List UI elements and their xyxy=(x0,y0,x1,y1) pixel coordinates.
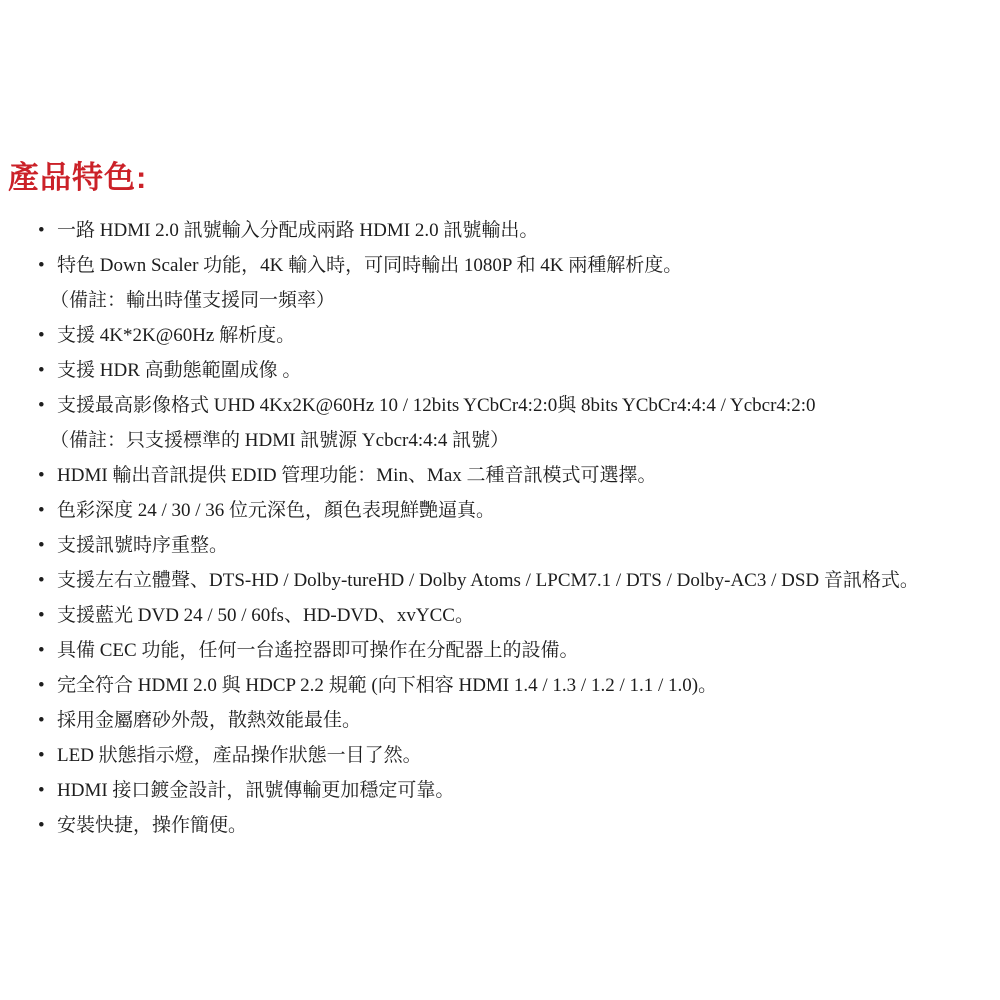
feature-item: •色彩深度 24 / 30 / 36 位元深色，顏色表現鮮艷逼真。 xyxy=(0,493,1000,528)
feature-item: •支援訊號時序重整。 xyxy=(0,528,1000,563)
feature-text: 採用金屬磨砂外殼，散熱效能最佳。 xyxy=(57,710,361,731)
feature-text: 完全符合 HDMI 2.0 與 HDCP 2.2 規範 (向下相容 HDMI 1… xyxy=(57,675,717,696)
bullet-icon: • xyxy=(38,248,52,283)
feature-text: 支援藍光 DVD 24 / 50 / 60fs、HD-DVD、xvYCC。 xyxy=(57,605,474,626)
bullet-icon: • xyxy=(38,528,52,563)
feature-item: •支援藍光 DVD 24 / 50 / 60fs、HD-DVD、xvYCC。 xyxy=(0,598,1000,633)
feature-item: •支援左右立體聲、DTS-HD / Dolby-tureHD / Dolby A… xyxy=(0,563,1000,598)
bullet-icon: • xyxy=(38,213,52,248)
product-features-page: 產品特色: •一路 HDMI 2.0 訊號輸入分配成兩路 HDMI 2.0 訊號… xyxy=(0,0,1000,1000)
feature-item: •支援 4K*2K@60Hz 解析度。 xyxy=(0,318,1000,353)
bullet-icon: • xyxy=(38,808,52,843)
feature-text: 一路 HDMI 2.0 訊號輸入分配成兩路 HDMI 2.0 訊號輸出。 xyxy=(57,220,538,241)
feature-text: （備註：只支援標準的 HDMI 訊號源 Ycbcr4:4:4 訊號） xyxy=(50,430,509,451)
bullet-icon: • xyxy=(38,563,52,598)
bullet-icon: • xyxy=(38,318,52,353)
feature-text: 特色 Down Scaler 功能，4K 輸入時，可同時輸出 1080P 和 4… xyxy=(57,255,682,276)
bullet-icon: • xyxy=(38,703,52,738)
bullet-icon: • xyxy=(38,773,52,808)
feature-note: （備註：輸出時僅支援同一頻率） xyxy=(0,283,1000,318)
feature-list: •一路 HDMI 2.0 訊號輸入分配成兩路 HDMI 2.0 訊號輸出。•特色… xyxy=(0,213,1000,843)
feature-text: 支援最高影像格式 UHD 4Kx2K@60Hz 10 / 12bits YCbC… xyxy=(57,395,815,416)
feature-note: （備註：只支援標準的 HDMI 訊號源 Ycbcr4:4:4 訊號） xyxy=(0,423,1000,458)
feature-item: •LED 狀態指示燈，產品操作狀態一目了然。 xyxy=(0,738,1000,773)
feature-text: 支援訊號時序重整。 xyxy=(57,535,228,556)
feature-text: 支援 4K*2K@60Hz 解析度。 xyxy=(57,325,295,346)
feature-item: •採用金屬磨砂外殼，散熱效能最佳。 xyxy=(0,703,1000,738)
feature-item: •安裝快捷，操作簡便。 xyxy=(0,808,1000,843)
feature-text: HDMI 接口鍍金設計，訊號傳輸更加穩定可靠。 xyxy=(57,780,454,801)
feature-item: •支援最高影像格式 UHD 4Kx2K@60Hz 10 / 12bits YCb… xyxy=(0,388,1000,423)
feature-text: 色彩深度 24 / 30 / 36 位元深色，顏色表現鮮艷逼真。 xyxy=(57,500,495,521)
feature-text: 安裝快捷，操作簡便。 xyxy=(57,815,247,836)
bullet-icon: • xyxy=(38,633,52,668)
page-title: 產品特色: xyxy=(8,158,147,198)
feature-item: •支援 HDR 高動態範圍成像 。 xyxy=(0,353,1000,388)
feature-item: •完全符合 HDMI 2.0 與 HDCP 2.2 規範 (向下相容 HDMI … xyxy=(0,668,1000,703)
bullet-icon: • xyxy=(38,388,52,423)
feature-item: •具備 CEC 功能，任何一台遙控器即可操作在分配器上的設備。 xyxy=(0,633,1000,668)
bullet-icon: • xyxy=(38,738,52,773)
feature-item: •一路 HDMI 2.0 訊號輸入分配成兩路 HDMI 2.0 訊號輸出。 xyxy=(0,213,1000,248)
feature-text: （備註：輸出時僅支援同一頻率） xyxy=(50,290,335,311)
feature-text: HDMI 輸出音訊提供 EDID 管理功能：Min、Max 二種音訊模式可選擇。 xyxy=(57,465,657,486)
bullet-icon: • xyxy=(38,598,52,633)
feature-item: •HDMI 接口鍍金設計，訊號傳輸更加穩定可靠。 xyxy=(0,773,1000,808)
feature-text: 支援 HDR 高動態範圍成像 。 xyxy=(57,360,301,381)
bullet-icon: • xyxy=(38,493,52,528)
bullet-icon: • xyxy=(38,668,52,703)
feature-text: LED 狀態指示燈，產品操作狀態一目了然。 xyxy=(57,745,422,766)
bullet-icon: • xyxy=(38,458,52,493)
bullet-icon: • xyxy=(38,353,52,388)
feature-text: 支援左右立體聲、DTS-HD / Dolby-tureHD / Dolby At… xyxy=(57,570,919,591)
feature-item: •特色 Down Scaler 功能，4K 輸入時，可同時輸出 1080P 和 … xyxy=(0,248,1000,283)
feature-item: •HDMI 輸出音訊提供 EDID 管理功能：Min、Max 二種音訊模式可選擇… xyxy=(0,458,1000,493)
feature-text: 具備 CEC 功能，任何一台遙控器即可操作在分配器上的設備。 xyxy=(57,640,578,661)
